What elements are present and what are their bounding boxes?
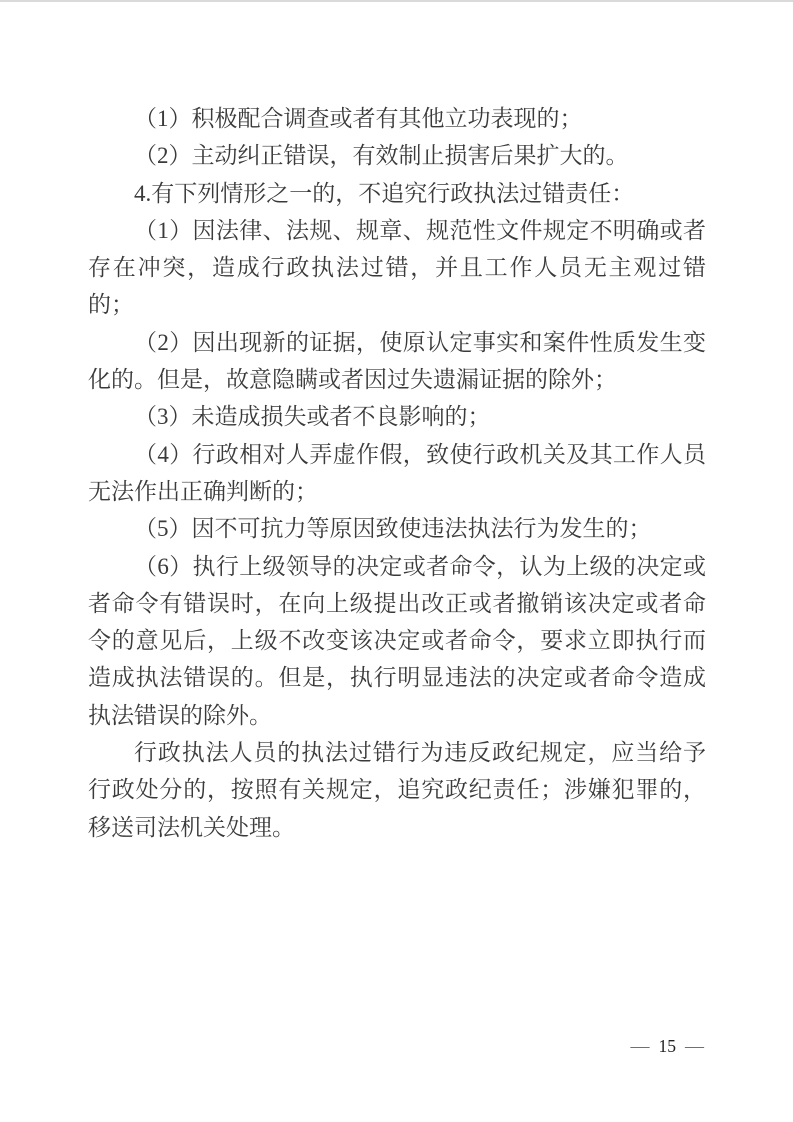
paragraph: （6）执行上级领导的决定或者命令，认为上级的决定或者命令有错误时，在向上级提出改… (88, 548, 706, 734)
footer-dash-left: — (631, 1037, 650, 1056)
paragraph: 行政执法人员的执法过错行为违反政纪规定，应当给予行政处分的，按照有关规定，追究政… (88, 734, 706, 846)
paragraph: 4.有下列情形之一的，不追究行政执法过错责任： (88, 175, 706, 212)
paragraph: （1）积极配合调查或者有其他立功表现的； (88, 100, 706, 137)
page-number: 15 (659, 1038, 677, 1056)
paragraph: （1）因法律、法规、规章、规范性文件规定不明确或者存在冲突，造成行政执法过错，并… (88, 212, 706, 324)
paragraph: （3）未造成损失或者不良影响的； (88, 398, 706, 435)
document-page: （1）积极配合调查或者有其他立功表现的；（2）主动纠正错误，有效制止损害后果扩大… (0, 0, 793, 1122)
document-body: （1）积极配合调查或者有其他立功表现的；（2）主动纠正错误，有效制止损害后果扩大… (88, 100, 706, 846)
paragraph: （5）因不可抗力等原因致使违法执法行为发生的； (88, 510, 706, 547)
page-footer: — 15 — (631, 1037, 705, 1056)
page-top-edge-line (0, 0, 793, 2)
paragraph: （2）主动纠正错误，有效制止损害后果扩大的。 (88, 137, 706, 174)
footer-dash-right: — (685, 1037, 704, 1056)
paragraph: （4）行政相对人弄虚作假，致使行政机关及其工作人员无法作出正确判断的； (88, 436, 706, 511)
paragraph: （2）因出现新的证据，使原认定事实和案件性质发生变化的。但是，故意隐瞒或者因过失… (88, 324, 706, 399)
